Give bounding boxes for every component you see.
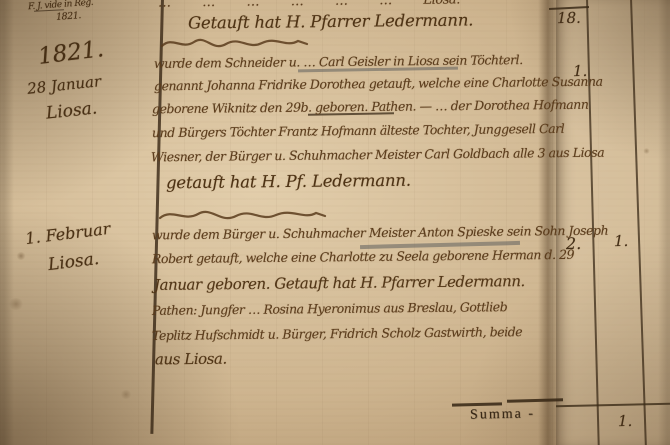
- tally-carryover: 18.: [557, 9, 581, 27]
- register-line: Januar geboren. Getauft hat H. Pfarrer L…: [154, 272, 525, 294]
- register-line: … … … … … … Liosa.: [158, 0, 460, 11]
- summa-rule-left: [452, 402, 502, 406]
- register-page-photo: F. J. vide in Reg. 1821. 1821. 28 Januar…: [0, 0, 670, 445]
- register-line: Getauft hat H. Pfarrer Ledermann.: [188, 11, 473, 33]
- ink-flourish: [158, 205, 328, 225]
- entry2-date: 1. Februar: [24, 219, 111, 248]
- register-line: aus Liosa.: [155, 350, 227, 369]
- entry1-date: 28 Januar: [26, 72, 102, 98]
- register-line: Wiesner, der Bürger u. Schuhmacher Meist…: [151, 145, 604, 165]
- register-line: und Bürgers Töchter Frantz Hofmann ältes…: [152, 121, 564, 140]
- tally-entry2-count: 1.: [614, 232, 629, 250]
- entry2-place: Liosa.: [47, 249, 100, 275]
- register-line: Robert getauft, welche eine Charlotte zu…: [152, 247, 574, 266]
- corner-note-line2: 1821.: [56, 10, 82, 23]
- paper-stain: [8, 298, 24, 310]
- register-line: wurde dem Schneider u. … Carl Geisler in…: [154, 52, 523, 71]
- register-line: Teplitz Hufschmidt u. Bürger, Fridrich S…: [152, 324, 522, 343]
- tally-entry2-no: 2.: [566, 234, 581, 253]
- register-line: genannt Johanna Fridrike Dorothea getauf…: [154, 74, 603, 94]
- register-line: getauft hat H. Pf. Ledermann.: [166, 171, 411, 193]
- paper-stain: [120, 390, 132, 399]
- summa-label: Summa -: [470, 406, 535, 423]
- tally-summa-value: 1.: [618, 412, 633, 430]
- paper-stain: [16, 252, 26, 260]
- ink-flourish: [160, 34, 310, 54]
- register-line: geborene Wiknitz den 29b. geboren. Pathe…: [152, 97, 589, 117]
- tally-entry1-count: 1.: [573, 62, 588, 80]
- year-label: 1821.: [37, 36, 106, 70]
- entry1-place: Liosa.: [45, 98, 98, 123]
- register-line: Pathen: Jungfer … Rosina Hyeronimus aus …: [152, 299, 507, 318]
